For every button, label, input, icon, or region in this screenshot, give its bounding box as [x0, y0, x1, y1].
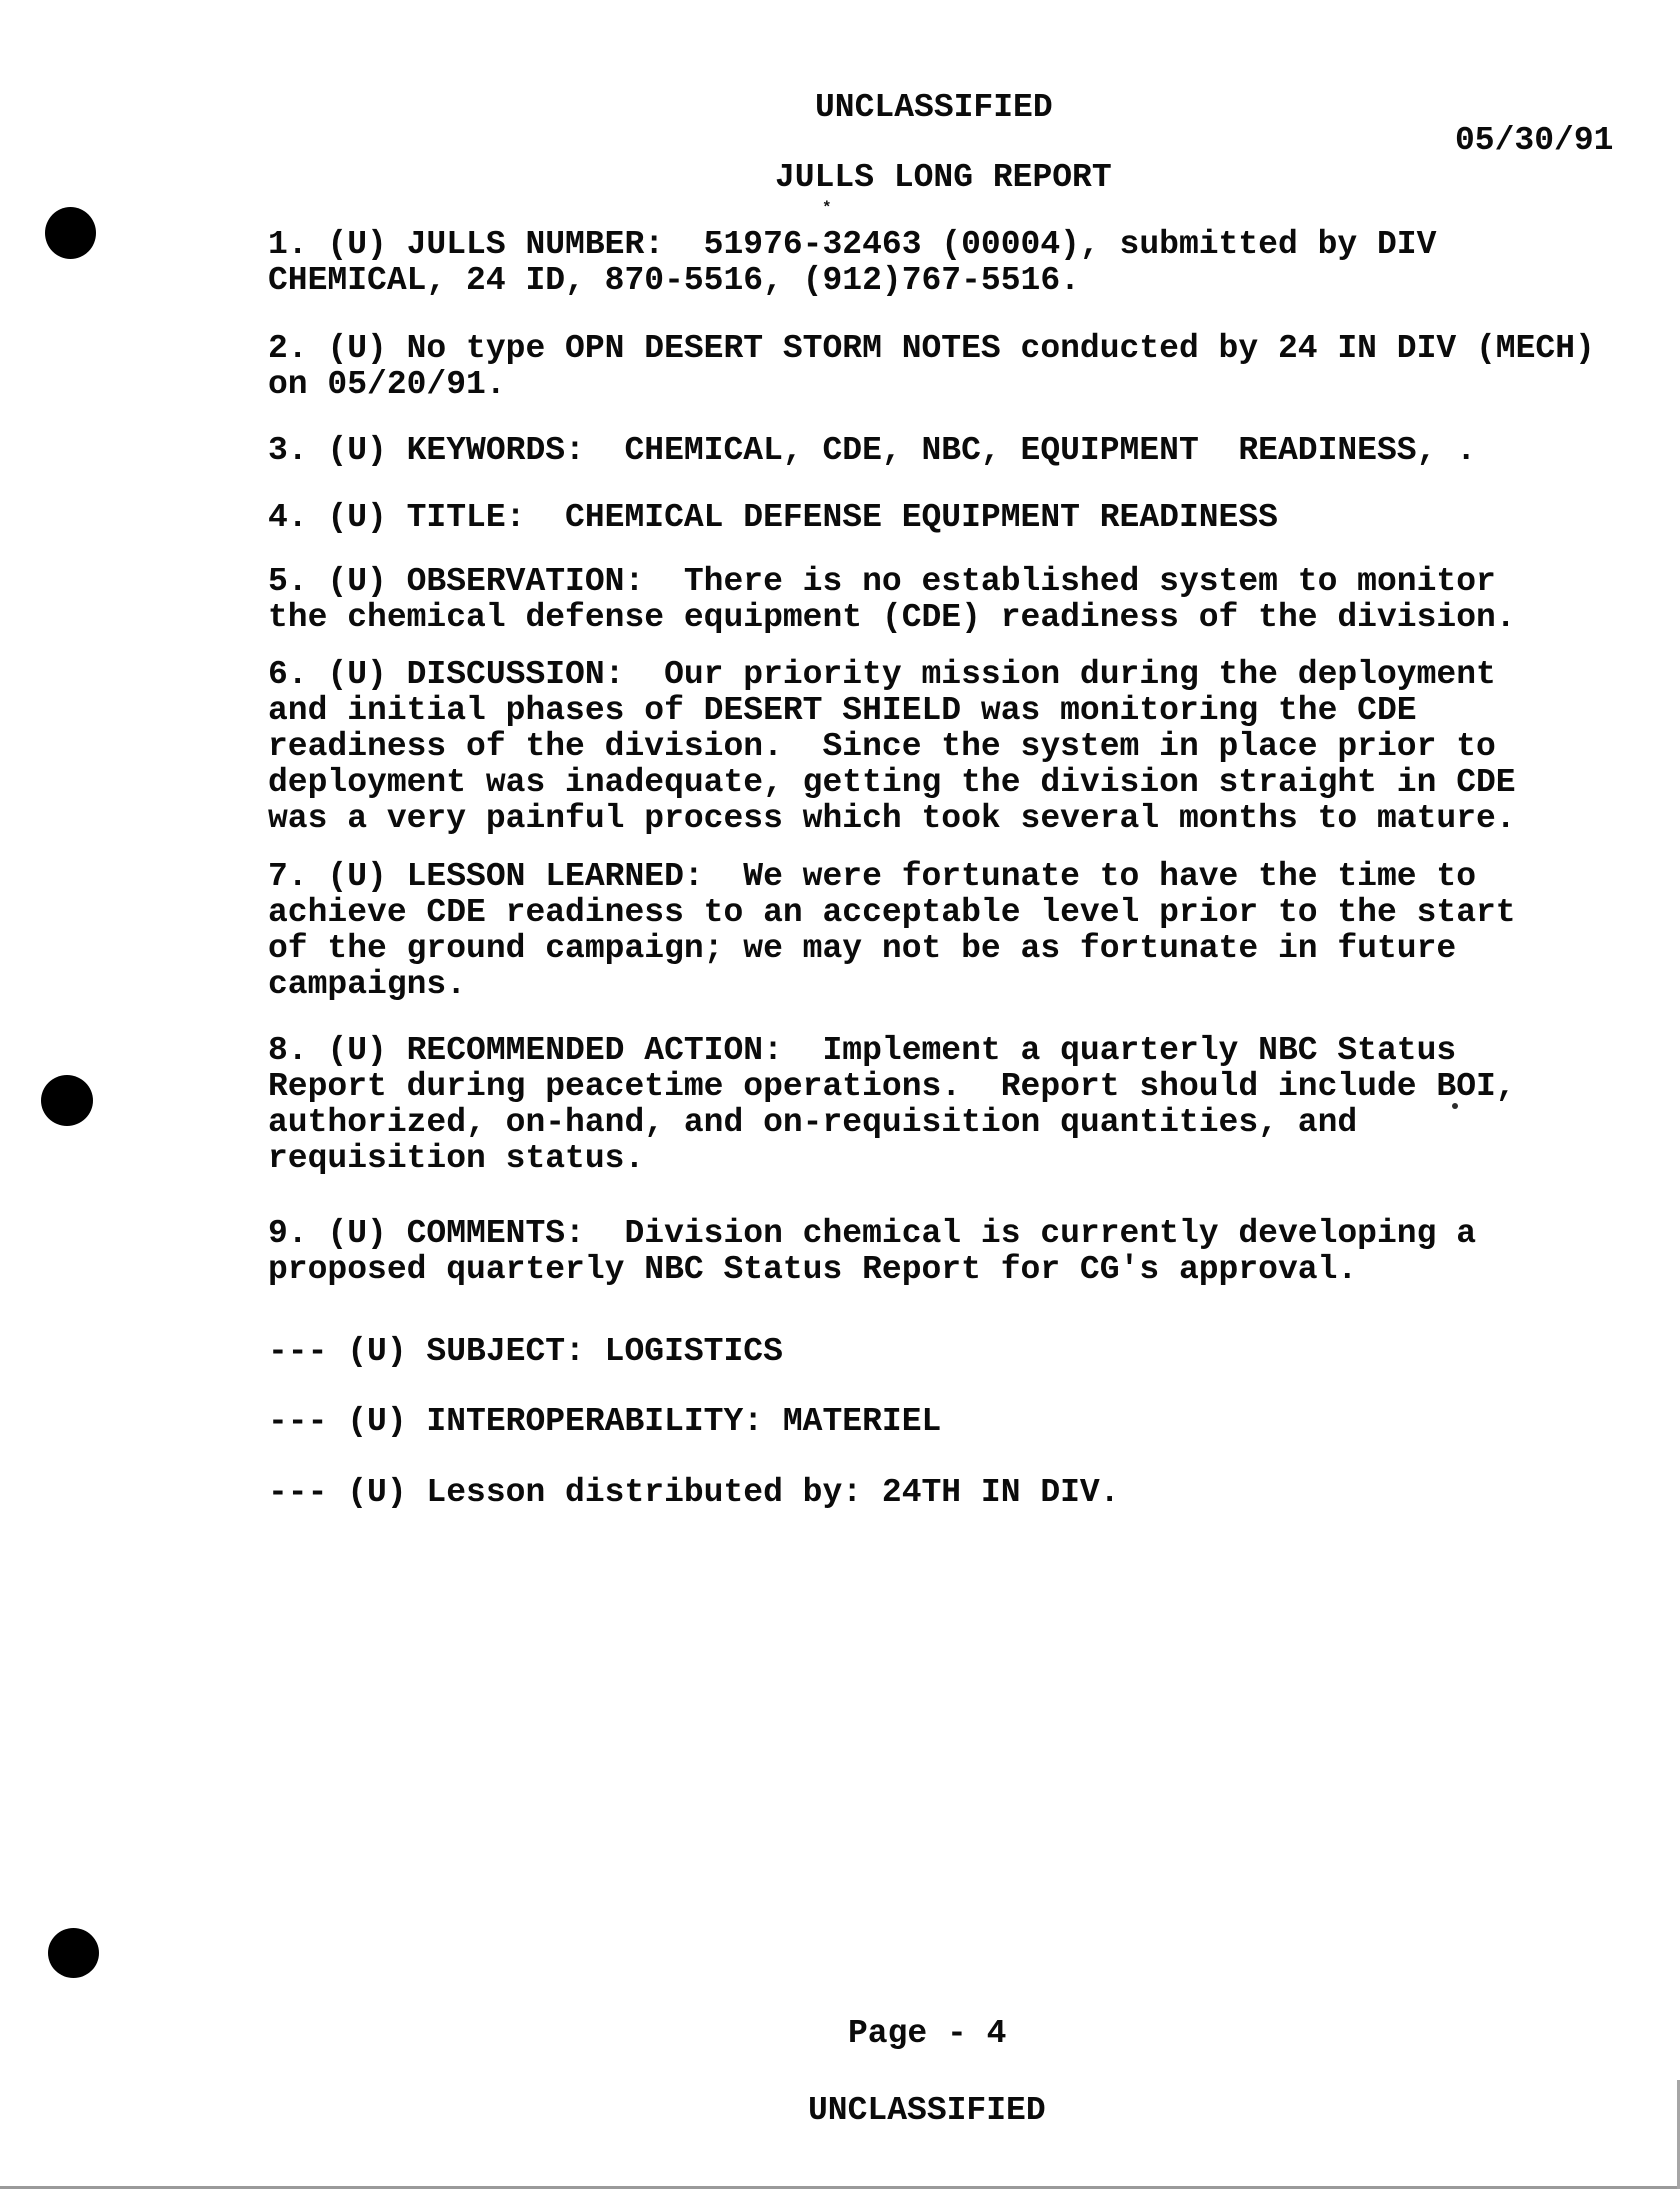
- hole-punch-mark: [48, 1928, 99, 1978]
- paragraph-7-lesson-learned: 7. (U) LESSON LEARNED: We were fortunate…: [268, 859, 1516, 1003]
- report-date: 05/30/91: [1455, 123, 1613, 159]
- paragraph-3-keywords: 3. (U) KEYWORDS: CHEMICAL, CDE, NBC, EQU…: [268, 433, 1476, 469]
- subject-line: --- (U) SUBJECT: LOGISTICS: [268, 1334, 783, 1370]
- paragraph-5-observation: 5. (U) OBSERVATION: There is no establis…: [268, 564, 1516, 636]
- hole-punch-mark: [45, 207, 96, 259]
- report-title: JULLS LONG REPORT: [775, 160, 1112, 196]
- interoperability-line: --- (U) INTEROPERABILITY: MATERIEL: [268, 1404, 941, 1440]
- paragraph-6-discussion: 6. (U) DISCUSSION: Our priority mission …: [268, 657, 1516, 837]
- paragraph-4-title: 4. (U) TITLE: CHEMICAL DEFENSE EQUIPMENT…: [268, 500, 1278, 536]
- classification-header: UNCLASSIFIED: [815, 90, 1053, 126]
- paragraph-8-recommended-action: 8. (U) RECOMMENDED ACTION: Implement a q…: [268, 1033, 1516, 1177]
- hole-punch-mark: [41, 1075, 93, 1126]
- paragraph-2-opn-notes: 2. (U) No type OPN DESERT STORM NOTES co…: [268, 331, 1595, 403]
- typewriter-artifact: *: [822, 203, 832, 213]
- page-number: Page - 4: [848, 2016, 1006, 2052]
- classification-footer: UNCLASSIFIED: [808, 2093, 1046, 2129]
- distributed-by-line: --- (U) Lesson distributed by: 24TH IN D…: [268, 1475, 1120, 1511]
- scanned-document-page: UNCLASSIFIED 05/30/91 JULLS LONG REPORT …: [0, 0, 1680, 2189]
- paragraph-1-julls-number: 1. (U) JULLS NUMBER: 51976-32463 (00004)…: [268, 227, 1436, 299]
- paragraph-9-comments: 9. (U) COMMENTS: Division chemical is cu…: [268, 1216, 1476, 1288]
